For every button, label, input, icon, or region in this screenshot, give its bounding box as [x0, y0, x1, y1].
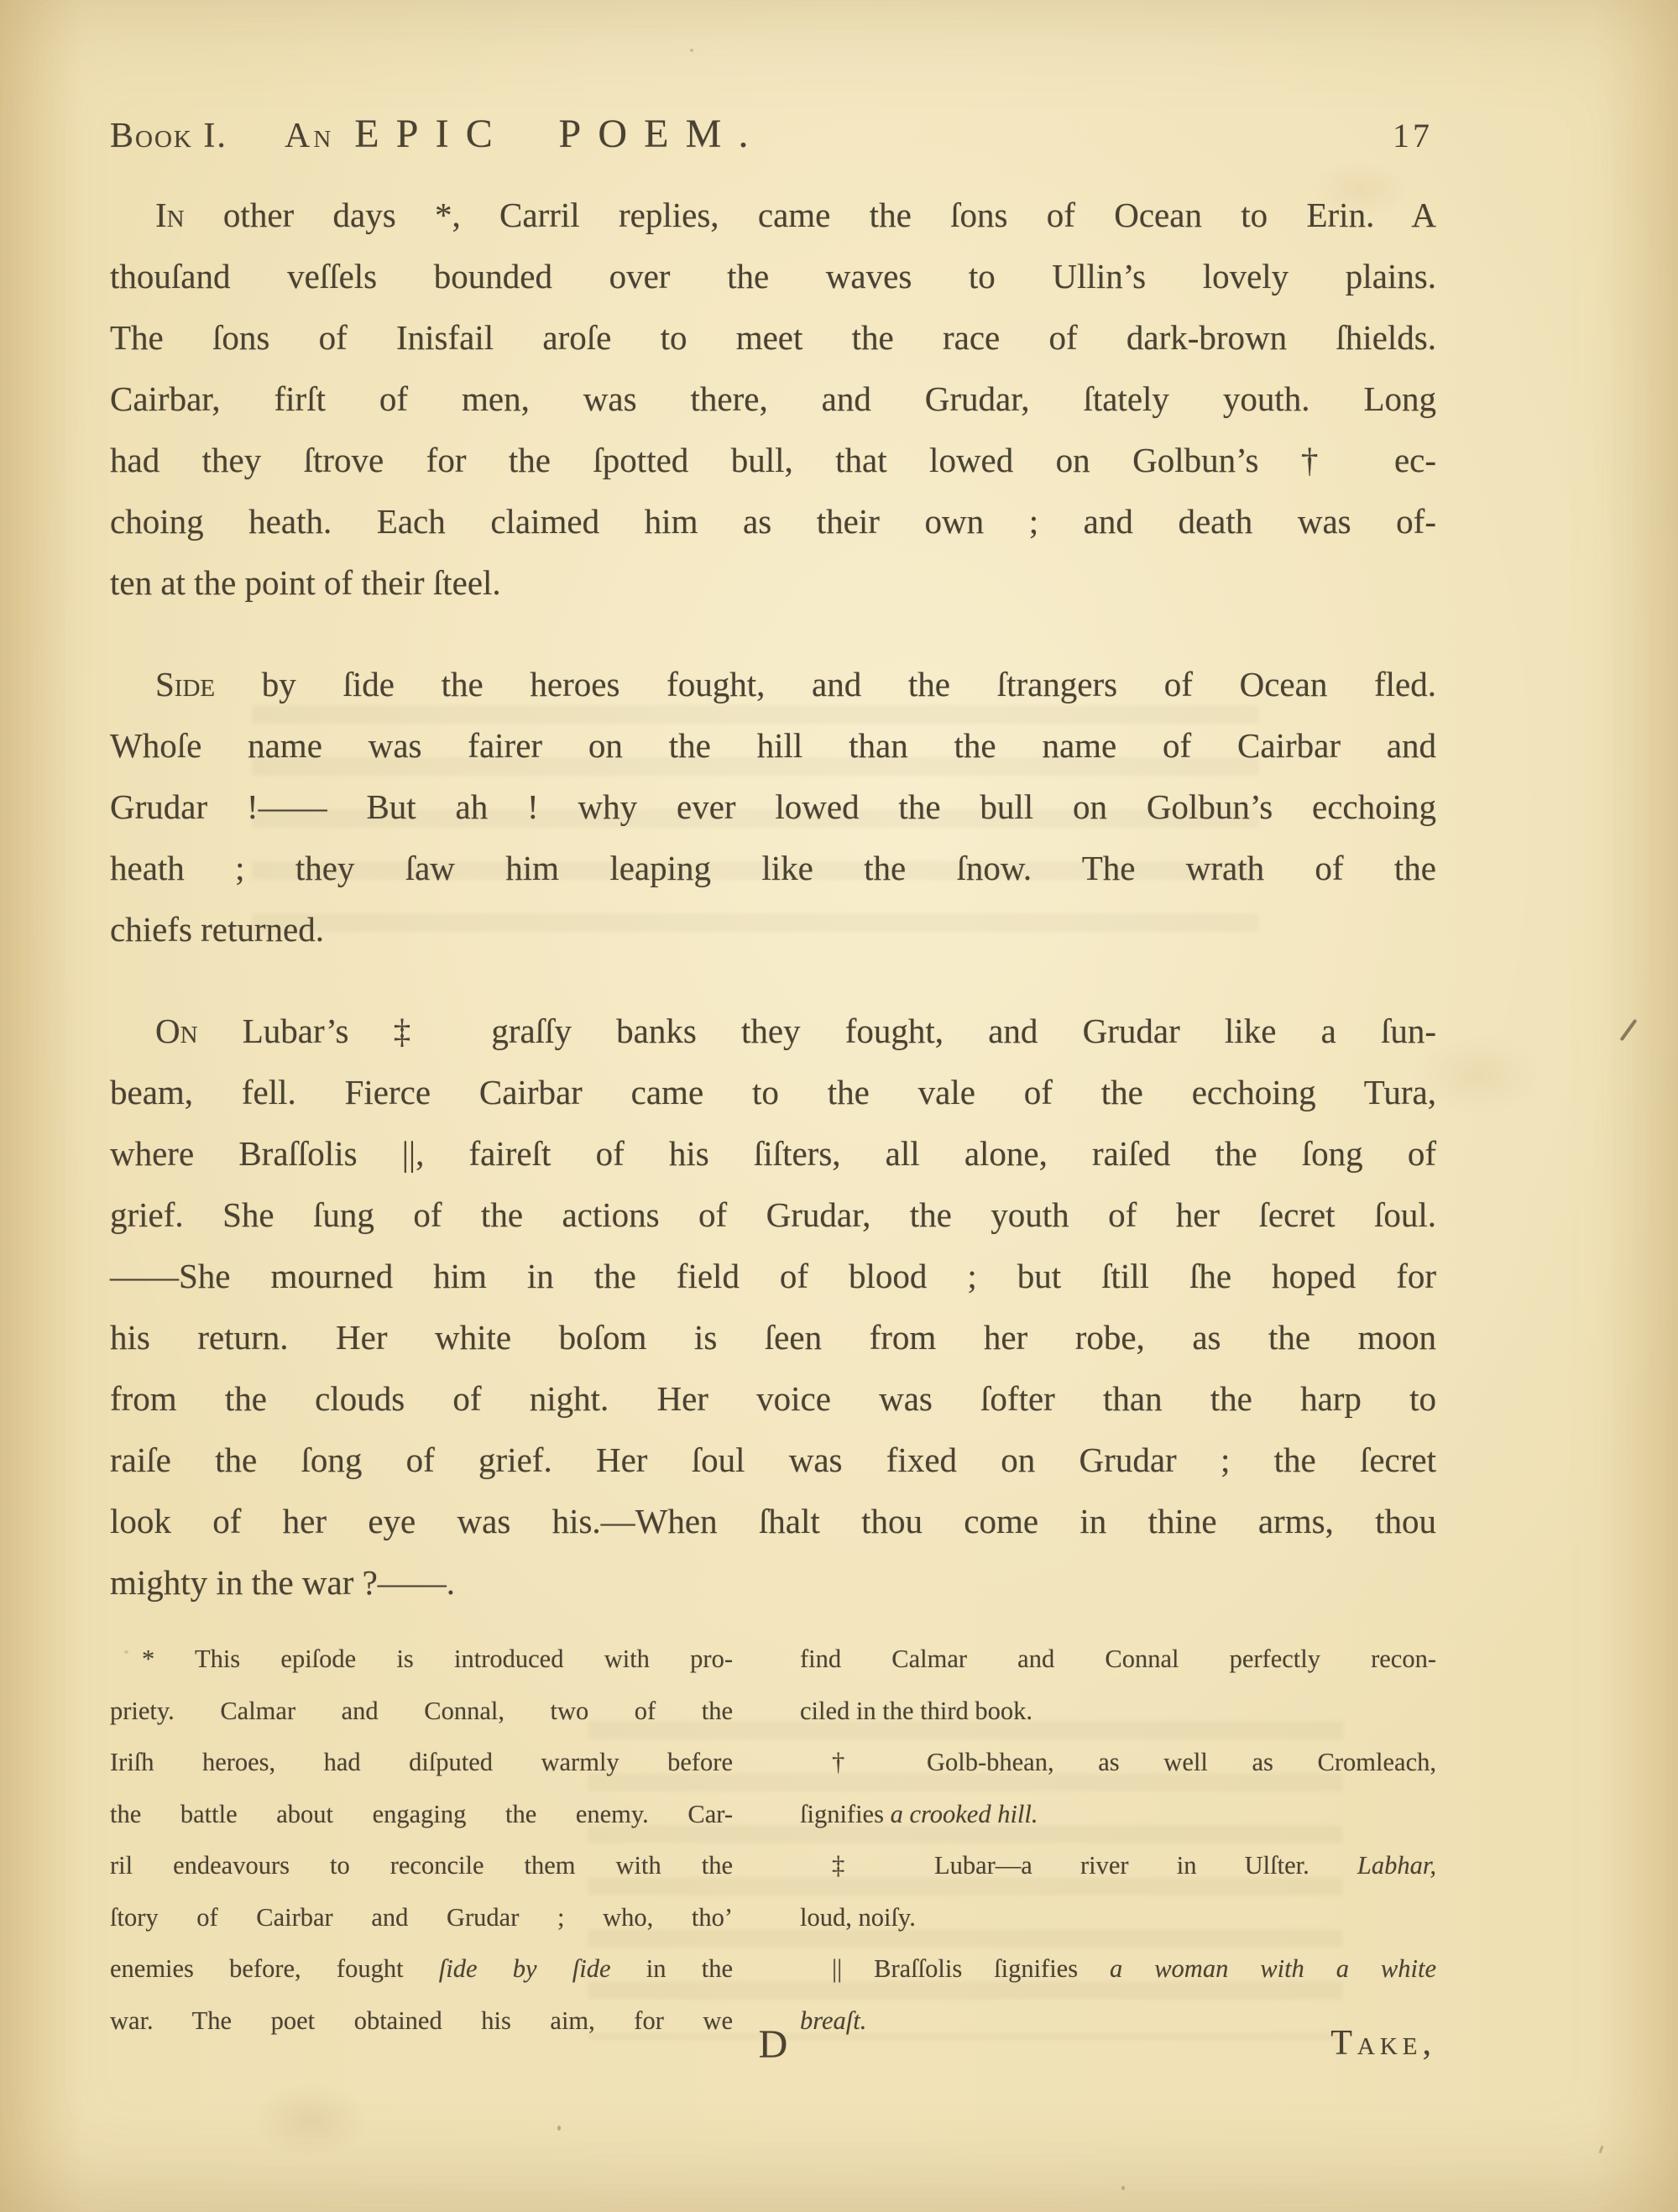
text-line: mighty in the war ?——. — [110, 1552, 1436, 1613]
title-prefix: An — [285, 117, 334, 155]
ink-speck — [1121, 2186, 1125, 2190]
footnote-column-right: find Calmar and Connal perfectly recon-c… — [800, 1634, 1436, 2047]
text-line: * This epiſode is introduced with pro- — [110, 1634, 733, 1686]
paragraph-1: In other days *, Carril replies, came th… — [110, 185, 1436, 614]
text-line: On Lubar’s ‡ graſſy banks they fought, a… — [110, 1001, 1436, 1062]
text-line: had they ſtrove for the ſpotted bull, th… — [110, 430, 1436, 491]
ink-speck — [1599, 2146, 1604, 2153]
text-line: grief. She ſung of the actions of Grudar… — [110, 1184, 1436, 1246]
text-line: || Braſſolis ſignifies a woman with a wh… — [800, 1943, 1436, 1995]
page-number: 17 — [1393, 116, 1433, 155]
page-title: AnEPIC POEM. — [285, 111, 766, 157]
text-line: thouſand veſſels bounded over the waves … — [110, 246, 1436, 307]
text-line: ſtory of Cairbar and Grudar ; who, tho’ — [110, 1892, 733, 1944]
ink-speck — [1620, 1019, 1638, 1042]
paragraph-3: On Lubar’s ‡ graſſy banks they fought, a… — [110, 1001, 1436, 1613]
text-line: raiſe the ſong of grief. Her ſoul was fi… — [110, 1430, 1436, 1491]
text-line: find Calmar and Connal perfectly recon- — [800, 1634, 1436, 1686]
signature-row: D Take, — [110, 2015, 1436, 2087]
text-line: ten at the point of their ſteel. — [110, 552, 1436, 614]
text-line: † Golb-bhean, as well as Cromleach, — [800, 1737, 1436, 1789]
text-line: Cairbar, firſt of men, was there, and Gr… — [110, 369, 1436, 430]
text-line: ſignifies a crooked hill. — [800, 1789, 1436, 1841]
paper-stain — [252, 2082, 369, 2157]
signature-mark: D — [759, 2021, 788, 2068]
text-line: choing heath. Each claimed him as their … — [110, 491, 1436, 552]
text-line: enemies before, fought ſide by ſide in t… — [110, 1943, 733, 1995]
page-header: Book I. AnEPIC POEM. 17 — [110, 106, 1436, 173]
text-line: ril endeavours to reconcile them with th… — [110, 1840, 733, 1892]
footnotes: * This epiſode is introduced with pro-pr… — [110, 1634, 1436, 2047]
text-line: The ſons of Inisfail aroſe to meet the r… — [110, 307, 1436, 369]
text-line: heath ; they ſaw him leaping like the ſn… — [110, 838, 1436, 899]
text-line: priety. Calmar and Connal, two of the — [110, 1686, 733, 1738]
catchword: Take, — [1330, 2023, 1436, 2063]
text-line: beam, fell. Fierce Cairbar came to the v… — [110, 1062, 1436, 1123]
text-line: Whoſe name was fairer on the hill than t… — [110, 715, 1436, 777]
text-line: Iriſh heroes, had diſputed warmly before — [110, 1737, 733, 1789]
ink-speck — [557, 2126, 561, 2131]
text-line: from the clouds of night. Her voice was … — [110, 1368, 1436, 1430]
text-line: In other days *, Carril replies, came th… — [110, 185, 1436, 246]
text-line: ——She mourned him in the field of blood … — [110, 1246, 1436, 1307]
text-line: Grudar !—— But ah ! why ever lowed the b… — [110, 777, 1436, 838]
footnote-column-left: * This epiſode is introduced with pro-pr… — [110, 1634, 733, 2047]
text-line: ciled in the third book. — [800, 1686, 1436, 1738]
text-line: chiefs returned. — [110, 899, 1436, 960]
text-line: where Braſſolis ||, faireſt of his ſiſte… — [110, 1123, 1436, 1184]
book-label: Book I. — [110, 116, 227, 156]
text-line: the battle about engaging the enemy. Car… — [110, 1789, 733, 1841]
paragraph-2: Side by ſide the heroes fought, and the … — [110, 654, 1436, 960]
poem-text: In other days *, Carril replies, came th… — [110, 185, 1436, 2047]
ink-speck — [690, 49, 693, 52]
text-line: his return. Her white boſom is ſeen from… — [110, 1307, 1436, 1368]
text-line: Side by ſide the heroes fought, and the … — [110, 654, 1436, 715]
text-line: loud, noiſy. — [800, 1892, 1436, 1944]
title-text: EPIC POEM. — [354, 112, 765, 156]
book-page: Book I. AnEPIC POEM. 17 In other days *,… — [0, 0, 1678, 2212]
text-line: ‡ Lubar—a river in Ulſter. Labhar, — [800, 1840, 1436, 1892]
text-line: look of her eye was his.—When ſhalt thou… — [110, 1491, 1436, 1552]
